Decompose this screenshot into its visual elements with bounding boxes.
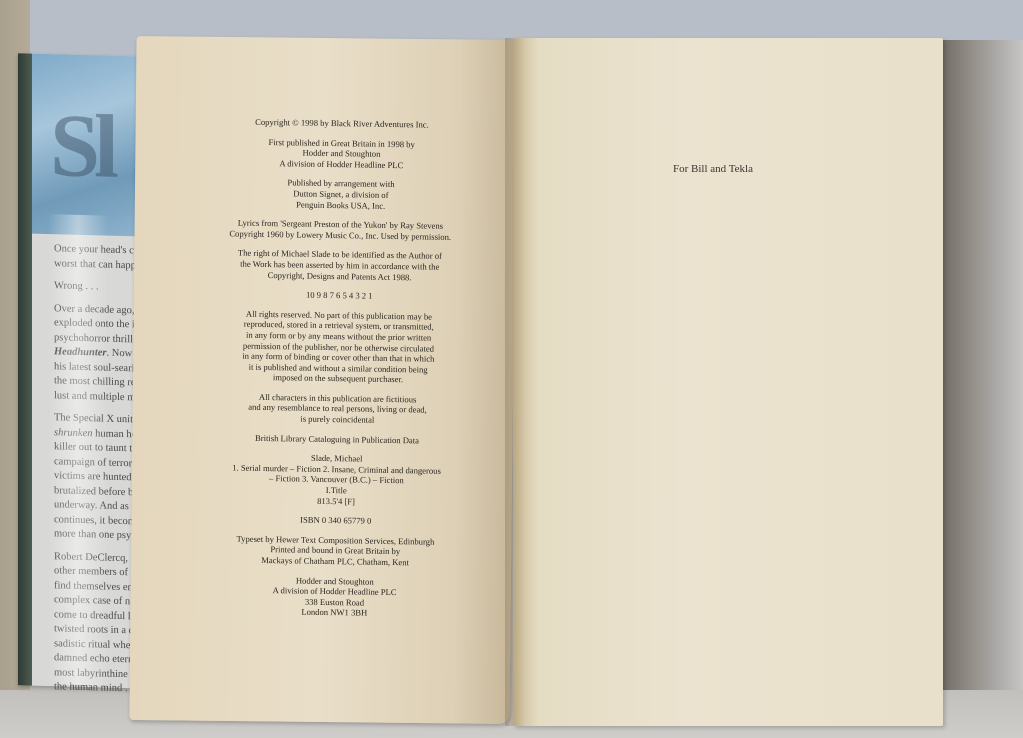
copyright-paragraph: British Library Cataloguing in Publicati…	[212, 432, 462, 447]
copyright-paragraph: ISBN 0 340 65779 0	[211, 513, 461, 528]
jacket-spine	[18, 53, 32, 685]
copyright-paragraph: All rights reserved. No part of this pub…	[213, 308, 464, 386]
copyright-paragraph: All characters in this publication are f…	[212, 391, 462, 427]
copyright-paragraph: Published by arrangement withDutton Sign…	[216, 177, 466, 213]
dedication-page: For Bill and Tekla	[513, 38, 943, 726]
copyright-paragraph: Lyrics from 'Sergeant Preston of the Yuk…	[215, 217, 465, 242]
copyright-paragraph: The right of Michael Slade to be identif…	[215, 248, 465, 284]
background-shadow	[940, 40, 1023, 690]
copyright-line: 10 9 8 7 6 5 4 3 2 1	[214, 288, 464, 303]
jacket-art-lettering-icon: Sl	[50, 94, 113, 199]
copyright-line: Copyright © 1998 by Black River Adventur…	[217, 116, 467, 131]
copyright-paragraph: Hodder and StoughtonA division of Hodder…	[209, 574, 460, 620]
copyright-paragraph: 10 9 8 7 6 5 4 3 2 1	[214, 288, 464, 303]
dust-jacket-flap: Sl Once your head's cuworst that can hap…	[18, 53, 148, 688]
copyright-line: British Library Cataloguing in Publicati…	[212, 432, 462, 447]
dedication-text: For Bill and Tekla	[673, 163, 753, 175]
copyright-line: ISBN 0 340 65779 0	[211, 513, 461, 528]
jacket-cover-art: Sl	[32, 54, 148, 237]
copyright-page: Copyright © 1998 by Black River Adventur…	[129, 36, 516, 724]
copyright-paragraph: Copyright © 1998 by Black River Adventur…	[217, 116, 467, 131]
copyright-paragraph: Slade, Michael1. Serial murder – Fiction…	[211, 451, 462, 508]
book-gutter	[505, 38, 525, 726]
copyright-paragraph: Typeset by Hewer Text Composition Servic…	[210, 533, 460, 569]
copyright-paragraph: First published in Great Britain in 1998…	[216, 136, 466, 172]
copyright-text: Copyright © 1998 by Black River Adventur…	[209, 116, 467, 629]
